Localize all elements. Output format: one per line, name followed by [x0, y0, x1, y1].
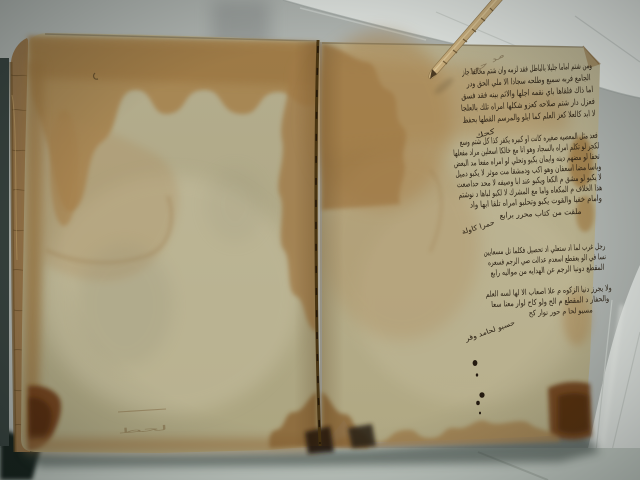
manuscript-photo: لحط ومن شتم اماما جليلا بالباطل فقد لزمه — [0, 0, 640, 480]
photo-canvas: لحط ومن شتم اماما جليلا بالباطل فقد لزمه — [0, 0, 640, 480]
vignette — [0, 0, 640, 480]
